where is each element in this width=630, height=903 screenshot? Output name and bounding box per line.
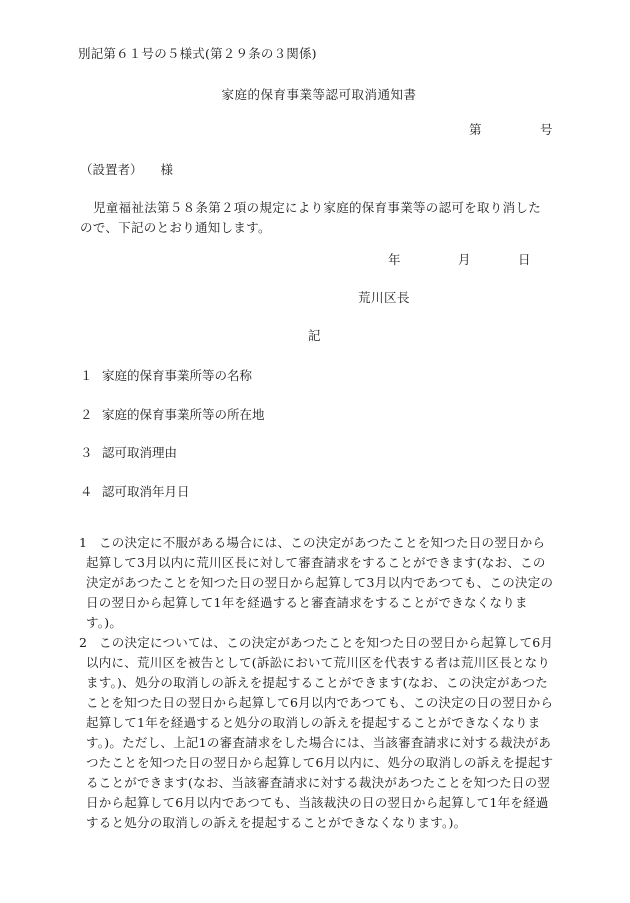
addressee: （設置者）様: [80, 164, 173, 177]
note-item: 1この決定に不服がある場合には、この決定があつたことを知つた日の翌日から起算して…: [79, 533, 557, 633]
item-number: ４: [80, 482, 102, 521]
item-number: １: [80, 366, 102, 405]
note-text: この決定に不服がある場合には、この決定があつたことを知つた日の翌日から起算して3…: [86, 535, 553, 630]
list-item: ４ 認可取消年月日: [80, 482, 265, 521]
item-label: 家庭的保育事業所等の所在地: [102, 405, 265, 444]
list-item: １ 家庭的保育事業所等の名称: [80, 366, 265, 405]
addressee-label: （設置者）: [80, 162, 143, 177]
item-list: １ 家庭的保育事業所等の名称 ２ 家庭的保育事業所等の所在地 ３ 認可取消理由 …: [80, 366, 265, 520]
addressee-honorific: 様: [161, 162, 174, 177]
list-item: ２ 家庭的保育事業所等の所在地: [80, 405, 265, 444]
notes: 1この決定に不服がある場合には、この決定があつたことを知つた日の翌日から起算して…: [79, 533, 557, 833]
note-number: 1: [79, 533, 99, 553]
item-label: 認可取消年月日: [102, 482, 190, 521]
document-title: 家庭的保育事業等認可取消通知書: [0, 89, 630, 102]
body-text: 児童福祉法第５８条第２項の規定により家庭的保育事業等の認可を取り消したので、下記…: [80, 198, 552, 238]
item-number: ３: [80, 443, 102, 482]
issuer: 荒川区長: [358, 292, 410, 305]
date-month-label: 月: [458, 254, 471, 267]
note-text: この決定については、この決定があつたことを知つた日の翌日から起算して6月以内に、…: [86, 635, 553, 830]
item-label: 認可取消理由: [102, 443, 177, 482]
form-number: 別記第６１号の５様式(第２９条の３関係): [78, 48, 317, 61]
item-number: ２: [80, 405, 102, 444]
document-number-prefix: 第: [469, 124, 482, 137]
date-day-label: 日: [518, 254, 531, 267]
document-number-suffix: 号: [540, 124, 553, 137]
date-year-label: 年: [388, 254, 401, 267]
note-item: 2この決定については、この決定があつたことを知つた日の翌日から起算して6月以内に…: [79, 633, 557, 833]
item-label: 家庭的保育事業所等の名称: [102, 366, 252, 405]
list-item: ３ 認可取消理由: [80, 443, 265, 482]
note-number: 2: [79, 633, 99, 653]
ki-heading: 記: [308, 330, 321, 343]
